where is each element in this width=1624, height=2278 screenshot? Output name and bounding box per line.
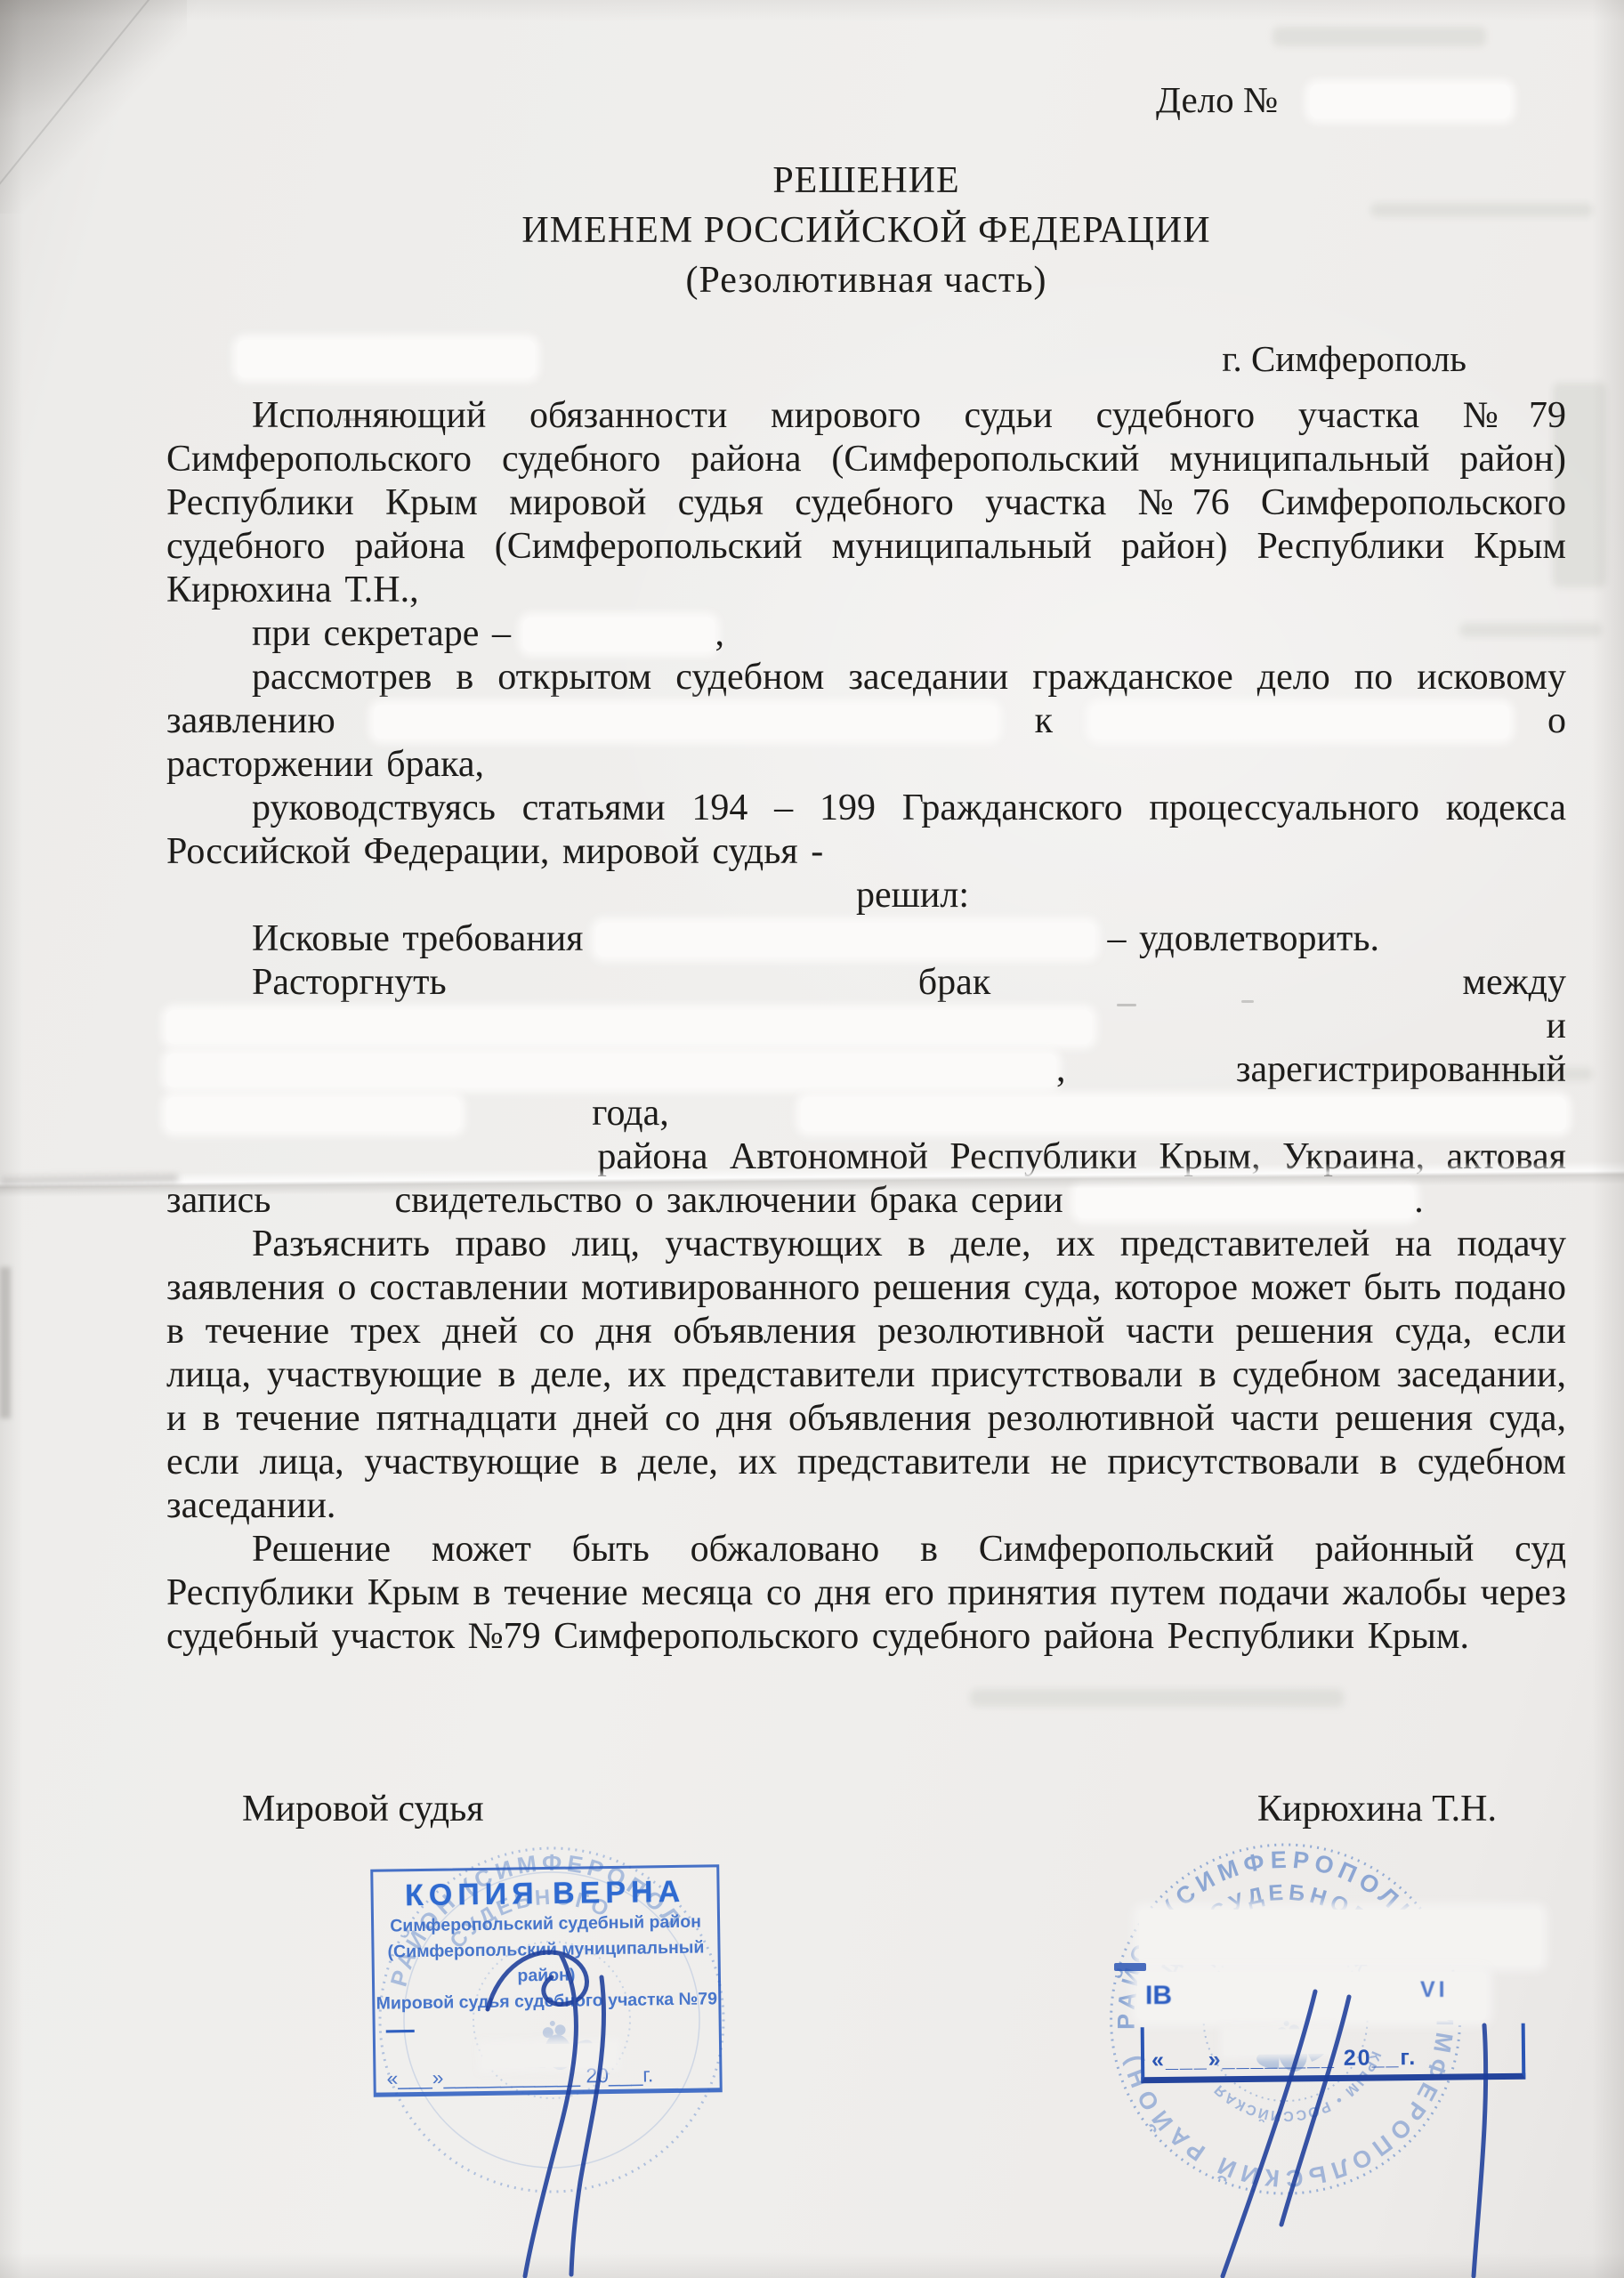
redaction bbox=[523, 618, 715, 651]
blank-gap bbox=[284, 1210, 382, 1212]
case-number-line: Дело № bbox=[166, 78, 1566, 122]
signature-row: Мировой судья Кирюхина Т.Н. bbox=[166, 1788, 1566, 1831]
para-case: рассмотрев в открытом судебном заседании… bbox=[166, 656, 1566, 787]
stamp-ink-remnant bbox=[1114, 1963, 1146, 1971]
redaction bbox=[374, 705, 997, 739]
case-number-redaction bbox=[1310, 85, 1510, 118]
city-label: г. Симферополь bbox=[1222, 337, 1466, 381]
para-judge: Исполняющий обязанности мирового судьи с… bbox=[166, 394, 1566, 612]
document-body: Исполняющий обязанности мирового судьи с… bbox=[166, 394, 1566, 1659]
corner-fold-line bbox=[0, 0, 153, 190]
para-claims: Исковые требования – удовлетворить. bbox=[166, 917, 1566, 961]
corner-fold-shadow bbox=[0, 0, 187, 214]
case-number-label: Дело № bbox=[1156, 79, 1278, 120]
document-title-federation: ИМЕНЕМ РОССИЙСКОЙ ФЕДЕРАЦИИ bbox=[166, 206, 1566, 255]
svg-text:СИМФЕРОПОЛЬСКИЙ РАЙОН): СИМФЕРОПОЛЬСКИЙ РАЙОН) bbox=[1116, 1982, 1491, 2225]
date-redaction bbox=[238, 340, 535, 377]
document-content: Дело № РЕШЕНИЕ ИМЕНЕМ РОССИЙСКОЙ ФЕДЕРАЦ… bbox=[166, 0, 1566, 1831]
document-title: РЕШЕНИЕ bbox=[166, 156, 1566, 206]
blank-gap bbox=[166, 1167, 576, 1168]
judge-title-label: Мировой судья bbox=[242, 1788, 484, 1831]
stamp-text-fragment: VI bbox=[1420, 1977, 1449, 2003]
document-subtitle: (Резолютивная часть) bbox=[166, 255, 1566, 305]
seal-arc-text: СИМФЕРОПОЛЬСКИЙ РАЙОН) bbox=[1116, 1982, 1491, 2225]
scanned-document-page: Дело № РЕШЕНИЕ ИМЕНЕМ РОССИЙСКОЙ ФЕДЕРАЦ… bbox=[0, 0, 1624, 2278]
copy-stamp-line: Мировой судья судебного участка №79 bbox=[375, 1986, 718, 2016]
whiteout-patch bbox=[482, 2043, 616, 2068]
para-guided: руководствуясь статьями 194 – 199 Гражда… bbox=[166, 787, 1566, 874]
para-dissolve: Расторгнуть брак между и , зарегистриров… bbox=[166, 961, 1566, 1223]
date-city-row: г. Симферополь bbox=[166, 337, 1566, 380]
copy-verna-stamp: КОПИЯ ВЕРНА Симферопольский судебный рай… bbox=[370, 1864, 723, 2096]
right-stamp-date-box: «___»________ 20__г. bbox=[1141, 2024, 1526, 2084]
stamp-text-fragment: ІВ bbox=[1145, 1981, 1172, 2011]
redaction bbox=[166, 1010, 1092, 1044]
copy-stamp-line: (Симферопольский муниципальный район) bbox=[374, 1935, 718, 1991]
redaction bbox=[166, 1054, 1056, 1087]
whiteout-patch bbox=[1224, 2029, 1331, 2055]
paper-crease-shadow bbox=[0, 1175, 178, 1184]
judge-name-label: Кирюхина Т.Н. bbox=[1257, 1788, 1497, 1831]
copy-stamp-title: КОПИЯ ВЕРНА bbox=[373, 1874, 717, 1913]
redaction bbox=[1091, 705, 1509, 739]
round-seal-right: РАЙОН (СИМФЕРОПОЛЬСК СУДЬЯ СУДЕБНОГО У И… bbox=[1059, 1794, 1513, 2248]
para-appeal: Решение может быть обжаловано в Симфероп… bbox=[166, 1528, 1566, 1659]
copy-stamp-dash: — bbox=[385, 2013, 415, 2046]
redaction bbox=[1076, 1184, 1414, 1218]
scan-edge-mark bbox=[0, 1267, 11, 1418]
redaction bbox=[596, 923, 1095, 957]
redaction bbox=[801, 1097, 1566, 1131]
para-explain: Разъяснить право лиц, участвующих в деле… bbox=[166, 1223, 1566, 1528]
para-secretary: при секретаре – , bbox=[166, 612, 1566, 656]
redaction bbox=[166, 1097, 460, 1131]
document-title-block: РЕШЕНИЕ ИМЕНЕМ РОССИЙСКОЙ ФЕДЕРАЦИИ (Рез… bbox=[166, 156, 1566, 305]
para-decided: решил: bbox=[213, 874, 1612, 917]
